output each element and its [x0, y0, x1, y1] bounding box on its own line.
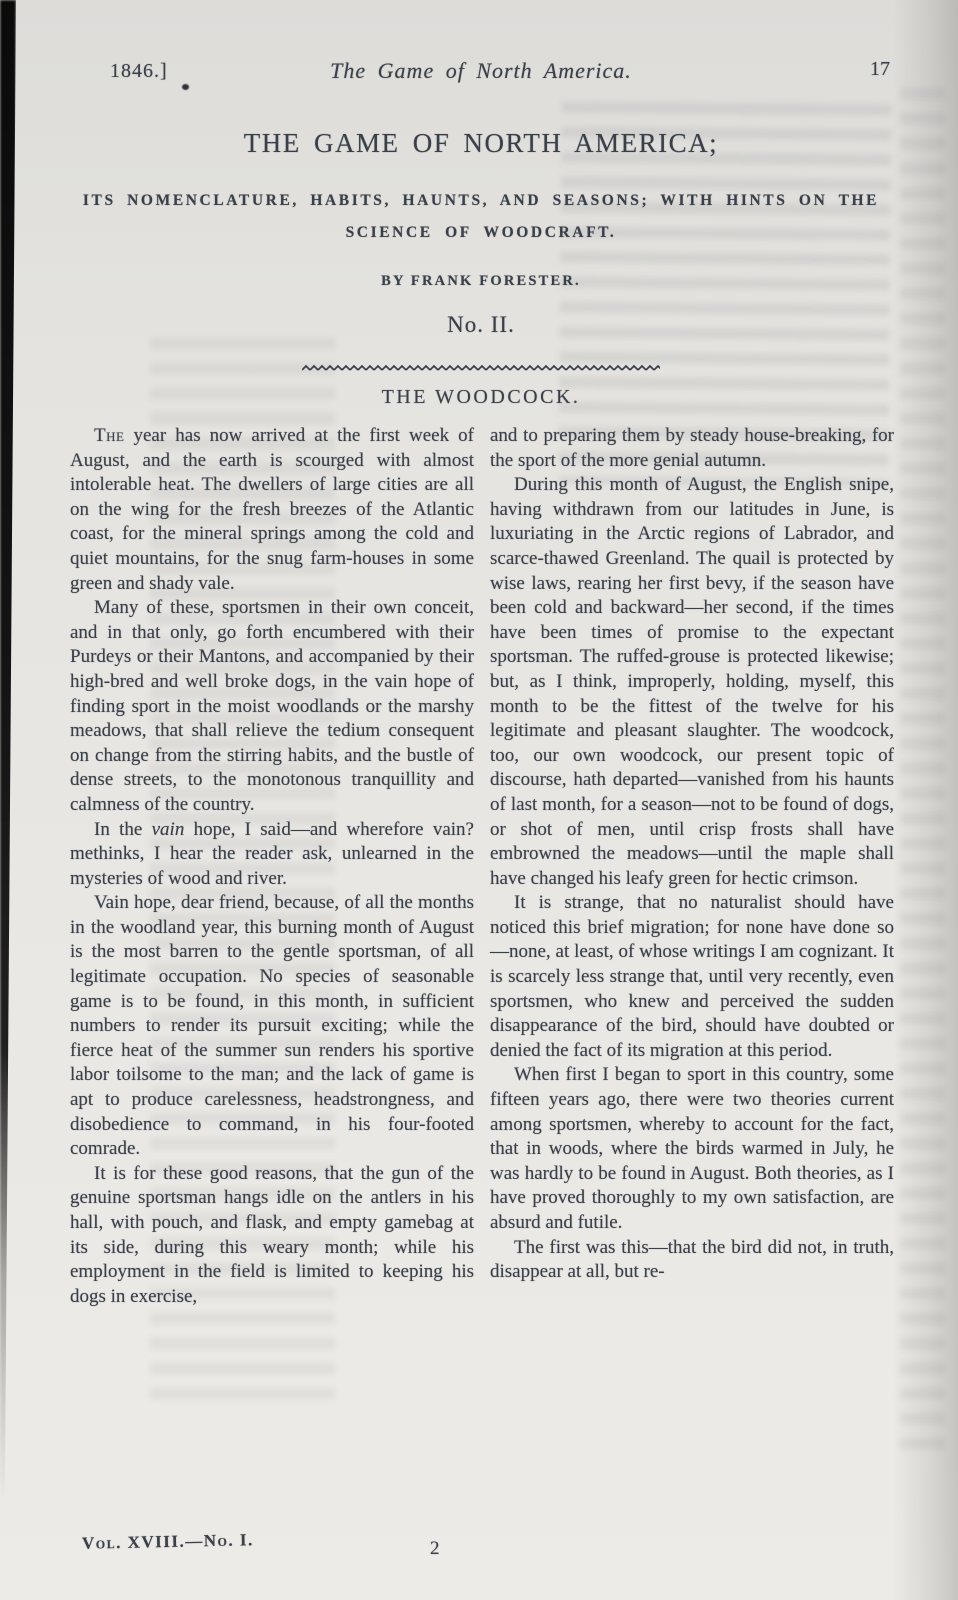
paragraph: It is strange, that no naturalist should… — [490, 891, 894, 1063]
paragraph: During this month of August, the English… — [490, 473, 894, 891]
article-body: The year has now arrived at the first we… — [70, 424, 894, 1536]
paragraph: The year has now arrived at the first we… — [70, 424, 474, 596]
squiggle-divider — [70, 360, 892, 378]
column-right: and to preparing them by steady house-br… — [490, 424, 894, 1536]
scanned-page: 1846.] The Game of North America. 17 THE… — [0, 0, 958, 1600]
article-subtitle-line1: ITS NOMENCLATURE, HABITS, HAUNTS, AND SE… — [70, 192, 892, 210]
volume-footline: Vol. XVIII.—No. I. — [82, 1530, 254, 1554]
installment-number: No. II. — [70, 312, 892, 338]
paragraph: and to preparing them by steady house-br… — [490, 424, 894, 473]
page-number: 17 — [870, 58, 890, 81]
column-left: The year has now arrived at the first we… — [70, 424, 474, 1536]
article-subtitle-line2: SCIENCE OF WOODCRAFT. — [70, 224, 892, 242]
section-heading: THE WOODCOCK. — [70, 386, 892, 409]
page-header: 1846.] The Game of North America. 17 — [70, 58, 892, 88]
scan-edge-left — [0, 0, 16, 1500]
bleed-through-text — [900, 80, 945, 1460]
article-title: THE GAME OF NORTH AMERICA; — [70, 128, 892, 159]
paragraph: Vain hope, dear friend, because, of all … — [70, 891, 474, 1162]
running-title: The Game of North America. — [70, 58, 892, 84]
paragraph: When first I began to sport in this coun… — [490, 1063, 894, 1235]
sheet-signature: 2 — [430, 1538, 440, 1560]
paragraph: The first was this—that the bird did not… — [490, 1236, 894, 1285]
paragraph: Many of these, sportsmen in their own co… — [70, 596, 474, 817]
paragraph: It is for these good reasons, that the g… — [70, 1162, 474, 1310]
paragraph: In the vain hope, I said—and wherefore v… — [70, 818, 474, 892]
byline: BY FRANK FORESTER. — [70, 273, 892, 290]
